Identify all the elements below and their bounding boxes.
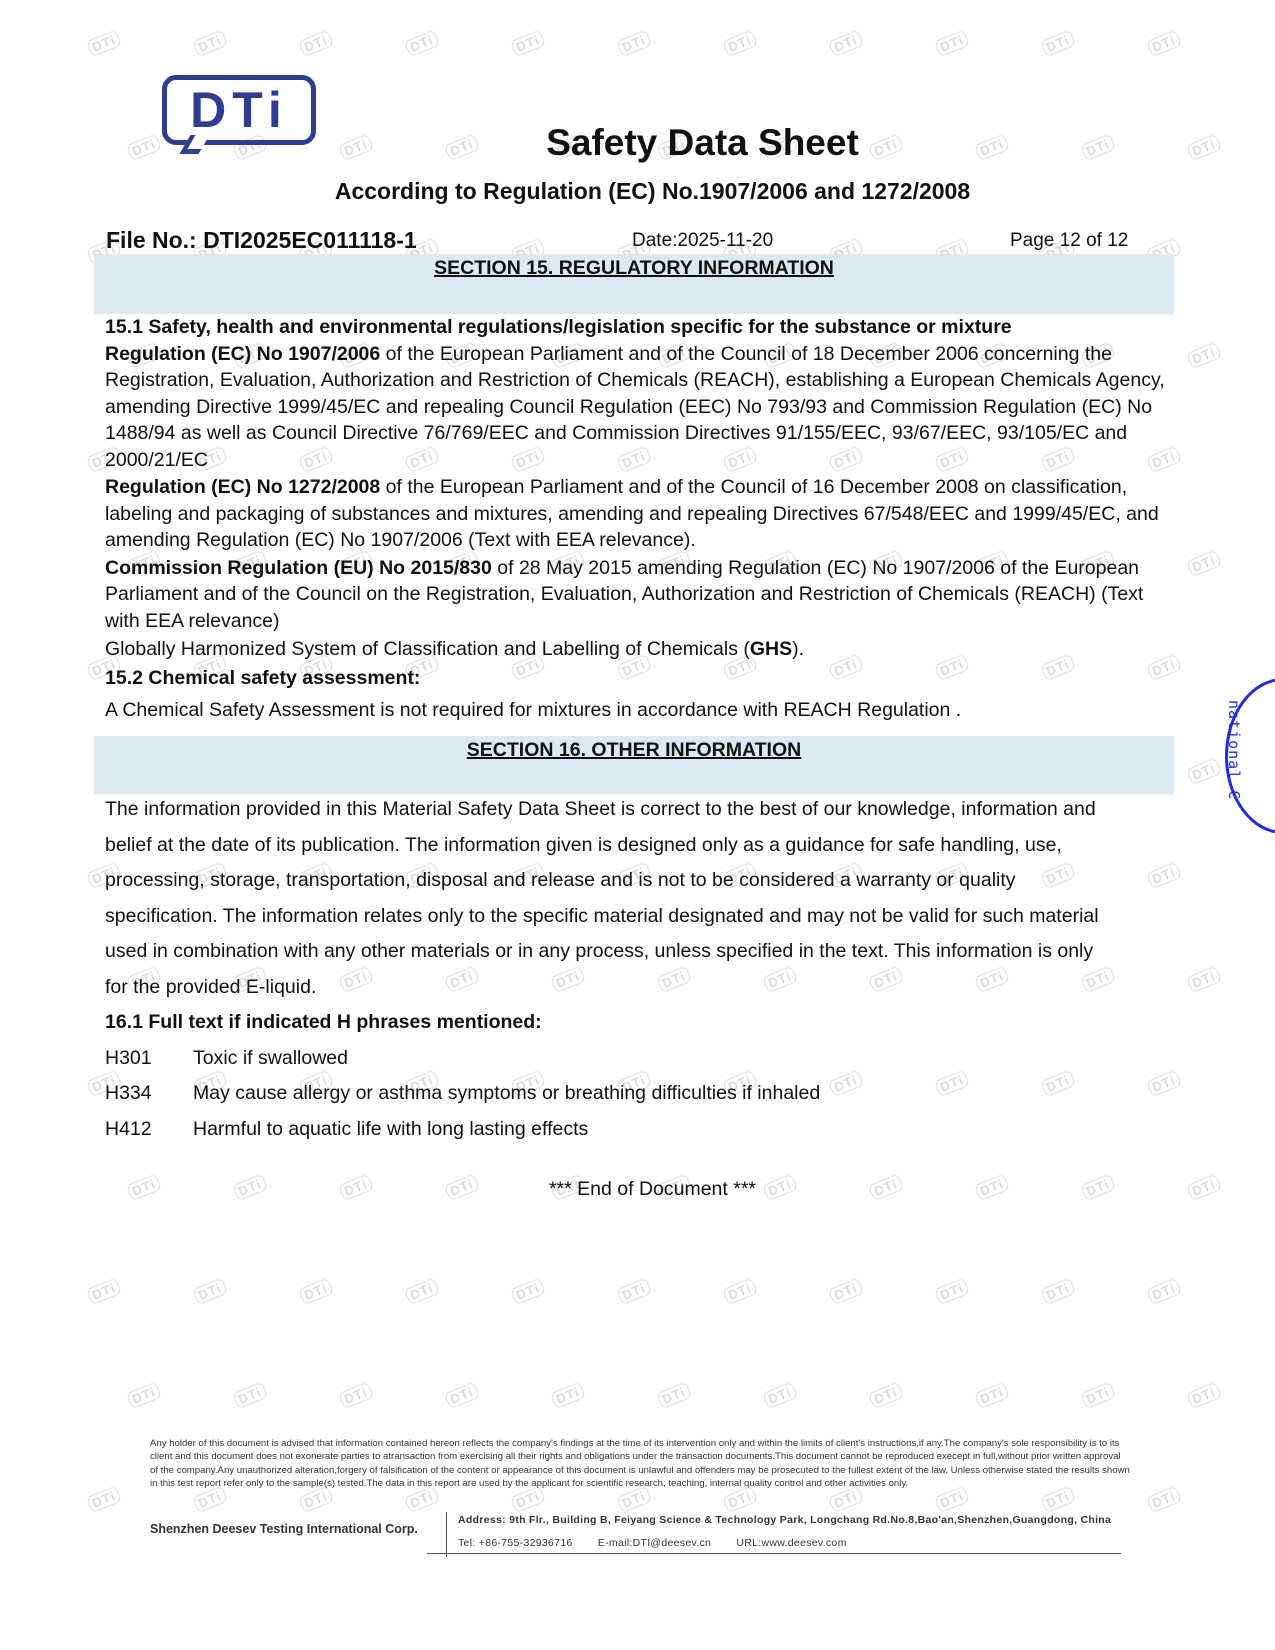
paragraph-line: specification. The information relates o…: [105, 899, 1170, 935]
document-subtitle: According to Regulation (EC) No.1907/200…: [0, 178, 1275, 205]
section-16-body: The information provided in this Materia…: [105, 792, 1170, 1147]
section-15-body: 15.1 Safety, health and environmental re…: [105, 314, 1170, 724]
file-number: File No.: DTI2025EC011118-1: [106, 227, 417, 254]
footer-email[interactable]: E-mail:DTI@deesev.cn: [598, 1537, 711, 1549]
section-16-paragraph: The information provided in this Materia…: [105, 792, 1170, 1005]
footer-url[interactable]: URL:www.deesev.com: [736, 1537, 846, 1549]
section-16-heading: SECTION 16. OTHER INFORMATION: [94, 736, 1174, 762]
regulation-list: Regulation (EC) No 1907/2006 of the Euro…: [105, 341, 1170, 635]
h-phrase-row: H334May cause allergy or asthma symptoms…: [105, 1076, 1170, 1112]
end-of-document: *** End of Document ***: [0, 1178, 1275, 1201]
section-16-1-title: 16.1 Full text if indicated H phrases me…: [105, 1005, 1170, 1041]
h-phrase-row: H301Toxic if swallowed: [105, 1041, 1170, 1077]
h-phrase-code: H412: [105, 1112, 193, 1148]
document-title: Safety Data Sheet: [0, 122, 1275, 164]
footer-company: Shenzhen Deesev Testing International Co…: [150, 1522, 418, 1536]
regulation-item: Commission Regulation (EU) No 2015/830 o…: [105, 555, 1170, 635]
h-phrase-text: Toxic if swallowed: [193, 1041, 348, 1077]
footer-rule: [427, 1553, 1121, 1554]
section-15-2-title: 15.2 Chemical safety assessment:: [105, 665, 1170, 692]
regulation-item: Regulation (EC) No 1907/2006 of the Euro…: [105, 341, 1170, 474]
paragraph-line: used in combination with any other mater…: [105, 934, 1170, 970]
footer-tel: Tel: +86-755-32936716: [458, 1537, 573, 1549]
section-15-header: SECTION 15. REGULATORY INFORMATION: [94, 254, 1174, 314]
page-number: Page 12 of 12: [1010, 230, 1128, 252]
section-16-header: SECTION 16. OTHER INFORMATION: [94, 736, 1174, 794]
paragraph-line: processing, storage, transportation, dis…: [105, 863, 1170, 899]
paragraph-line: for the provided E-liquid.: [105, 970, 1170, 1006]
paragraph-line: The information provided in this Materia…: [105, 792, 1170, 828]
footer-divider: [446, 1512, 447, 1557]
ghs-line: Globally Harmonized System of Classifica…: [105, 636, 1170, 663]
h-phrase-list: H301Toxic if swallowedH334May cause alle…: [105, 1041, 1170, 1148]
stamp-text: national C: [1225, 700, 1243, 800]
footer-address: Address: 9th Flr., Building B, Feiyang S…: [458, 1514, 1111, 1526]
section-15-1-title: 15.1 Safety, health and environmental re…: [105, 314, 1170, 341]
section-15-heading: SECTION 15. REGULATORY INFORMATION: [94, 254, 1174, 280]
regulation-item: Regulation (EC) No 1272/2008 of the Euro…: [105, 474, 1170, 554]
footer-contact: Tel: +86-755-32936716 E-mail:DTI@deesev.…: [458, 1537, 869, 1549]
h-phrase-row: H412Harmful to aquatic life with long la…: [105, 1112, 1170, 1148]
paragraph-line: belief at the date of its publication. T…: [105, 828, 1170, 864]
section-15-2-text: A Chemical Safety Assessment is not requ…: [105, 697, 1170, 724]
footer-disclaimer: Any holder of this document is advised t…: [150, 1437, 1130, 1491]
h-phrase-code: H334: [105, 1076, 193, 1112]
h-phrase-text: May cause allergy or asthma symptoms or …: [193, 1076, 820, 1112]
h-phrase-text: Harmful to aquatic life with long lastin…: [193, 1112, 588, 1148]
h-phrase-code: H301: [105, 1041, 193, 1077]
document-date: Date:2025-11-20: [632, 230, 773, 252]
